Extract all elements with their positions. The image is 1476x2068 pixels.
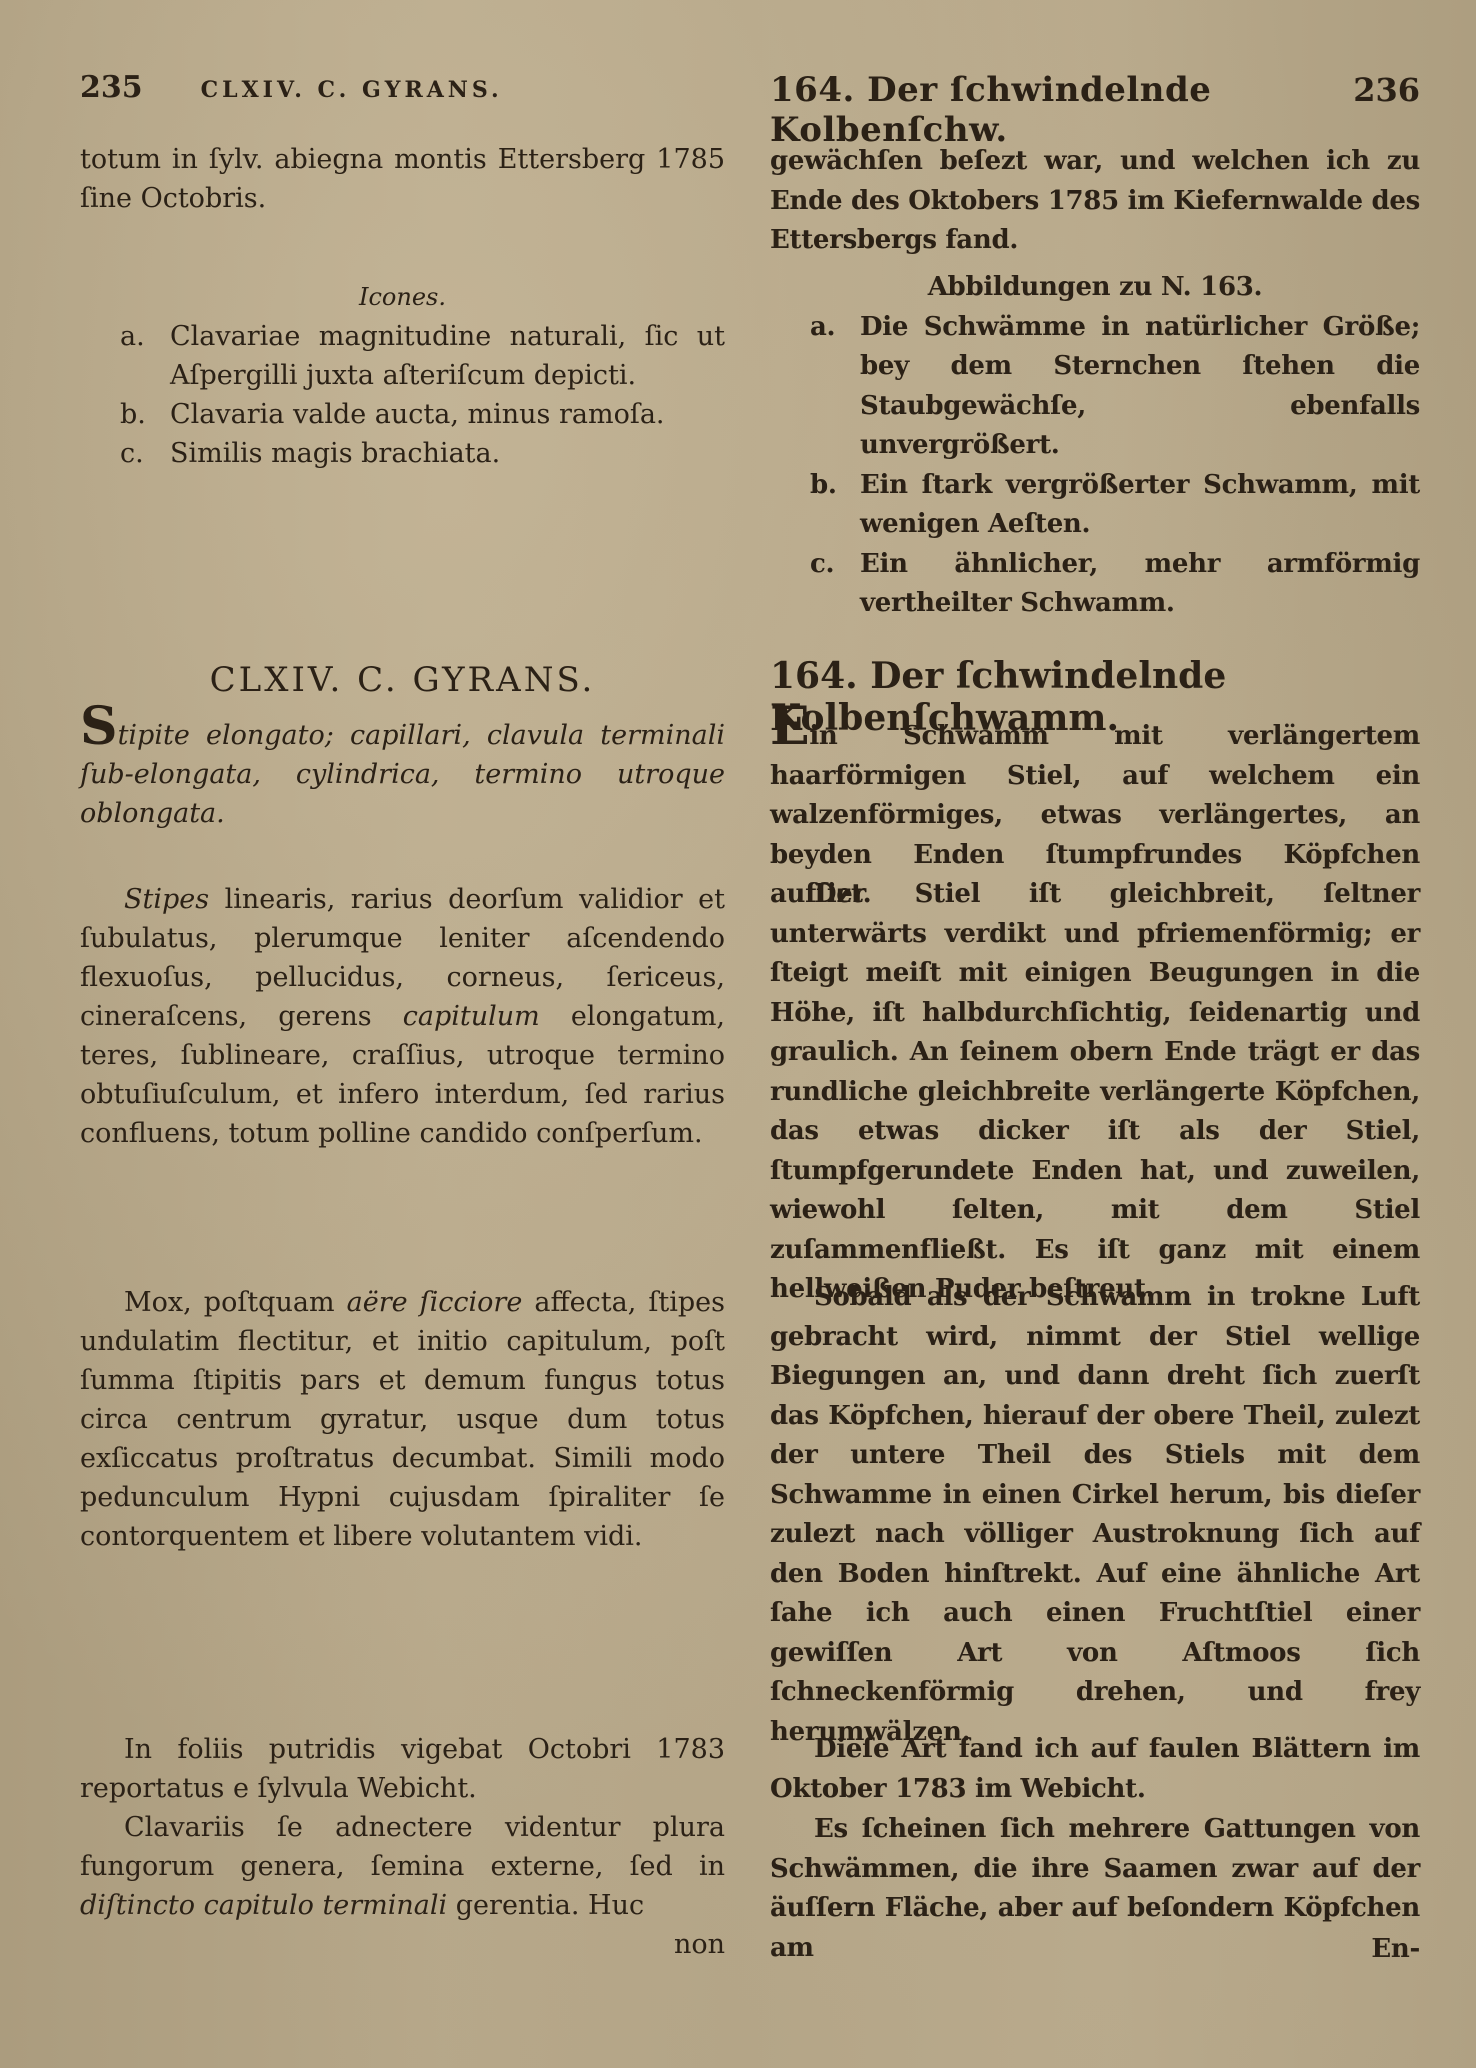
catchword-right: En- <box>770 1930 1420 1970</box>
description-right: Der Stiel iſt gleichbreit, ſeltner unter… <box>770 875 1420 1310</box>
figures-item: b. Ein ſtark vergrößerter Schwamm, mit w… <box>770 466 1420 545</box>
habitat-left: In foliis putridis vigebat Octobri 1783 … <box>80 1730 725 1808</box>
list-marker: a. <box>80 317 170 395</box>
running-head-title-left: CLXIV. C. GYRANS. <box>201 77 503 103</box>
remark-italic: diſtincto capitulo terminali <box>80 1890 447 1921</box>
habitat-right: Dieſe Art fand ich auf faulen Blättern i… <box>770 1730 1420 1809</box>
right-running-head: 164. Der ſchwindelnde Kolbenſchw. 236 <box>770 70 1420 120</box>
running-head-title-right: 164. Der ſchwindelnde Kolbenſchw. <box>770 70 1353 150</box>
page-number-left: 235 <box>80 70 143 105</box>
section-title-left: CLXIV. C. GYRANS. <box>80 660 725 700</box>
observation-italic: aëre ſicciore <box>347 1287 523 1318</box>
list-text: Die Schwämme in natürlicher Größe; bey d… <box>860 308 1420 466</box>
left-running-head: 235 CLXIV. C. GYRANS. <box>80 70 725 120</box>
dropcap-left: S <box>80 696 118 757</box>
icones-item: b. Clavaria valde aucta, minus ramoſa. <box>80 395 725 434</box>
icones-item: c. Similis magis brachiata. <box>80 434 725 473</box>
right-page: 164. Der ſchwindelnde Kolbenſchw. 236 ge… <box>770 0 1420 2068</box>
figures-item: c. Ein ähnlicher, mehr armförmig verthei… <box>770 545 1420 624</box>
list-text: Clavaria valde aucta, minus ramoſa. <box>170 395 725 434</box>
icones-heading: Icones. <box>80 278 725 317</box>
figures-item: a. Die Schwämme in natürlicher Größe; be… <box>770 308 1420 466</box>
remark-text-1: Clavariis ſe adnectere videntur plura fu… <box>80 1812 725 1882</box>
catchword-left: non <box>80 1925 725 1964</box>
observation-text-2: affecta, ſtipes undulatim flectitur, et … <box>80 1287 725 1552</box>
list-marker: b. <box>80 395 170 434</box>
dropcap-right: E <box>770 696 809 757</box>
list-marker: c. <box>770 545 860 624</box>
diagnosis-text: tipite elongato; capillari, clavula term… <box>80 720 725 829</box>
remark-left: Clavariis ſe adnectere videntur plura fu… <box>80 1808 725 1925</box>
left-page: 235 CLXIV. C. GYRANS. totum in ſylv. abi… <box>80 0 725 2068</box>
list-marker: b. <box>770 466 860 545</box>
list-text: Similis magis brachiata. <box>170 434 725 473</box>
right-continuation-paragraph: gewächſen beſezt war, und welchen ich zu… <box>770 142 1420 261</box>
list-text: Ein ähnlicher, mehr armförmig vertheilte… <box>860 545 1420 624</box>
list-marker: a. <box>770 308 860 466</box>
left-continuation-paragraph: totum in ſylv. abiegna montis Ettersberg… <box>80 140 725 218</box>
description-left: Stipes linearis, rarius deorſum validior… <box>80 880 725 1153</box>
observation-left: Mox, poſtquam aëre ſicciore affecta, ſti… <box>80 1283 725 1556</box>
list-text: Ein ſtark vergrößerter Schwamm, mit weni… <box>860 466 1420 545</box>
icones-item: a. Clavariae magnitudine naturali, ſic u… <box>80 317 725 395</box>
icones-section: Icones. a. Clavariae magnitudine natural… <box>80 278 725 473</box>
description-lead-italic: Stipes <box>124 884 209 915</box>
remark-text-2: gerentia. Huc <box>447 1890 644 1921</box>
observation-text-1: Mox, poſtquam <box>124 1287 347 1318</box>
list-marker: c. <box>80 434 170 473</box>
description-italic-2: capitulum <box>403 1001 540 1032</box>
page-number-right: 236 <box>1353 71 1420 109</box>
list-text: Clavariae magnitudine naturali, ſic ut A… <box>170 317 725 395</box>
observation-right: Sobald als der Schwamm in trokne Luft ge… <box>770 1278 1420 1752</box>
figures-section: Abbildungen zu N. 163. a. Die Schwämme i… <box>770 268 1420 624</box>
figures-heading: Abbildungen zu N. 163. <box>770 268 1420 308</box>
diagnosis-left: Stipite elongato; capillari, clavula ter… <box>80 712 725 833</box>
